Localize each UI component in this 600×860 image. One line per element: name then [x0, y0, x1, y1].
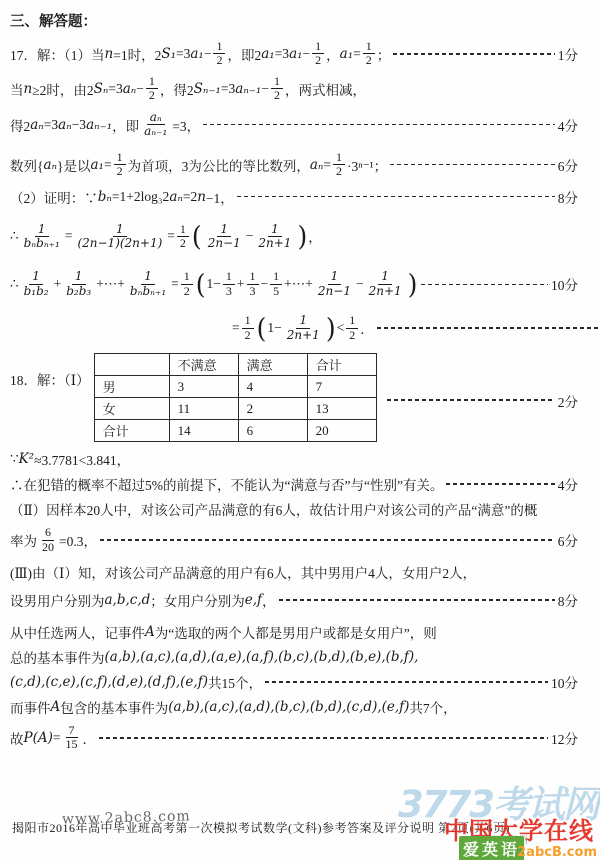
table-header-cell: 合计 — [307, 354, 376, 376]
text-segment: ·3ⁿ⁻¹； — [347, 155, 387, 175]
fraction-denominator: 2n+1 — [255, 237, 294, 250]
math-segment: bₙ — [98, 189, 112, 205]
text-segment: 共7个， — [409, 697, 456, 717]
fraction-numerator: 1 — [141, 270, 155, 284]
math-fraction: 620 — [39, 526, 57, 554]
math-fraction: 12 — [213, 40, 225, 68]
big-parenthesis: ) — [297, 223, 307, 250]
text-segment: ． — [360, 318, 374, 338]
math-segment: K² — [19, 451, 35, 467]
text-segment: ≥2时，由2 — [32, 79, 93, 99]
fraction-denominator: b₁b₂ — [21, 285, 52, 298]
text-segment: = — [53, 730, 61, 746]
fraction-denominator: (2n−1)(2n+1) — [74, 237, 165, 250]
fraction-denominator: bₙbₙ₊₁ — [21, 237, 63, 250]
line-18-10: (c,d),(c,e),(c,f),(d,e),(d,f),(e,f)共15个，… — [10, 671, 578, 693]
fraction-numerator: 1 — [378, 270, 392, 284]
math-segment: a₁ — [91, 157, 104, 173]
math-fraction: 12 — [146, 75, 158, 103]
fraction-numerator: 6 — [42, 526, 54, 540]
fraction-denominator: 2n+1 — [284, 329, 323, 342]
text-segment: 8分 — [558, 187, 578, 207]
math-fraction: 715 — [63, 724, 81, 752]
text-segment: − — [246, 228, 254, 244]
fraction-numerator: 1 — [312, 40, 324, 54]
math-segment: A — [51, 699, 61, 715]
text-segment: = — [232, 320, 240, 336]
text-segment: 1分 — [558, 44, 578, 64]
fraction-numerator: 1 — [29, 270, 43, 284]
math-fraction: 12 — [242, 314, 254, 342]
text-segment: ，得2 — [160, 79, 194, 99]
text-segment: = — [171, 276, 179, 292]
table-row: 合计14620 — [94, 420, 376, 442]
text-segment: 6分 — [558, 155, 578, 175]
fraction-numerator: 1 — [177, 223, 189, 237]
math-fraction: 12n−1 — [315, 270, 354, 298]
fraction-numerator: 1 — [242, 314, 254, 328]
text-segment: =1+2log₃2 — [112, 189, 169, 205]
math-fraction: 1(2n−1)(2n+1) — [74, 223, 165, 251]
line-18-3: ∴在犯错的概率不超过5%的前提下，不能认为“满意与否”与“性别”有关。4分 — [10, 473, 578, 495]
line-17-1: 17．解：（1）当n=1时，2S₁=3a₁−12，即2a₁=3a₁−12，a₁=… — [10, 39, 578, 69]
text-segment: (Ⅲ)由（Ⅰ）知，对该公司产品满意的用户有6人，其中男用户4人，女用户2人， — [10, 562, 476, 582]
text-segment: 率为 — [10, 530, 37, 550]
fraction-denominator: bₙbₙ₊₁ — [127, 285, 169, 298]
text-segment: 为“选取的两个人都是男用户或都是女用户”，则 — [155, 622, 437, 642]
table-cell: 13 — [307, 398, 376, 420]
score-dash-leader — [390, 164, 555, 166]
table-cell: 14 — [169, 420, 238, 442]
text-segment: 4分 — [558, 474, 578, 494]
text-segment: 共15个， — [208, 672, 262, 692]
line-17-4: 数列{aₙ}是以a₁=12为首项，3为公比的等比数列，aₙ=12·3ⁿ⁻¹；6分 — [10, 150, 578, 180]
score-label: 2分 — [558, 391, 578, 411]
table-cell: 合计 — [94, 420, 169, 442]
text-segment: =3 — [44, 117, 58, 133]
math-segment: a₁ — [340, 46, 353, 62]
score-dash-leader — [377, 327, 600, 329]
watermark-www-2abc8: www.2abc8.com — [62, 808, 191, 827]
text-segment: 当 — [10, 79, 24, 99]
text-segment: （Ⅱ）因样本20人中，对该公司产品满意的有6人，故估计用户对该公司的产品“满意”… — [10, 499, 537, 519]
text-segment: =3 — [176, 46, 190, 62]
text-segment: +⋯+ — [96, 276, 125, 292]
text-segment: =3 — [275, 46, 289, 62]
math-segment: A — [145, 624, 155, 640]
score-dash-leader — [237, 196, 555, 198]
table-row: 女11213 — [94, 398, 376, 420]
text-segment: − — [303, 46, 311, 62]
fraction-denominator: 2 — [181, 285, 193, 298]
math-fraction: 12 — [114, 151, 126, 179]
math-segment: n — [105, 46, 114, 62]
table-header-cell — [94, 354, 169, 376]
text-segment: 8分 — [558, 590, 578, 610]
text-segment: （2）证明：∵ — [10, 187, 98, 207]
fraction-numerator: 1 — [114, 151, 126, 165]
math-segment: (a,b),(a,c),(a,d),(a,e),(a,f),(b,c),(b,d… — [105, 649, 419, 665]
math-segment: aₙ₋₁ — [86, 117, 112, 133]
table-cell: 4 — [238, 376, 307, 398]
big-parenthesis: ) — [408, 271, 418, 298]
math-segment: P(A) — [24, 730, 53, 746]
text-segment: = — [323, 157, 331, 173]
big-parenthesis: ( — [257, 315, 267, 342]
math-segment: aₙ₋₁ — [235, 81, 261, 97]
problem18-label: 18．解：（Ⅰ） — [10, 369, 90, 389]
text-segment: ， — [326, 44, 340, 64]
math-fraction: 12 — [181, 270, 193, 298]
score-dash-leader — [421, 284, 548, 286]
text-segment: − — [204, 46, 212, 62]
fraction-numerator: 7 — [66, 724, 78, 738]
score-dash-leader — [446, 483, 554, 485]
line-18-9: 总的基本事件为(a,b),(a,c),(a,d),(a,e),(a,f),(b,… — [10, 646, 578, 668]
math-segment: Sₙ₋₁ — [194, 81, 221, 97]
fraction-denominator: 2n−1 — [315, 285, 354, 298]
math-fraction: 12 — [177, 223, 189, 251]
problem18-table-block: 18．解：（Ⅰ）不满意满意合计男347女11213合计146202分 — [10, 353, 578, 442]
math-segment: aₙ — [43, 157, 57, 173]
math-fraction: 1bₙbₙ₊₁ — [127, 270, 169, 298]
table-cell: 女 — [94, 398, 169, 420]
math-fraction: 1b₂b₃ — [63, 270, 94, 298]
math-fraction: aₙaₙ₋₁ — [141, 111, 170, 139]
fraction-denominator: 2 — [114, 165, 126, 178]
fraction-denominator: aₙ₋₁ — [141, 125, 170, 138]
fraction-numerator: 1 — [113, 223, 127, 237]
text-segment: = — [167, 228, 175, 244]
text-segment: 包含的基本事件为 — [60, 697, 168, 717]
fraction-denominator: 2 — [312, 54, 324, 67]
text-segment: 数列{ — [10, 155, 43, 175]
math-fraction: 1b₁b₂ — [21, 270, 52, 298]
fraction-denominator: 2 — [213, 54, 225, 67]
table-header-cell: 不满意 — [169, 354, 238, 376]
math-segment: aₙ — [310, 157, 324, 173]
fraction-numerator: 1 — [72, 270, 86, 284]
math-segment: aₙ — [123, 81, 137, 97]
fraction-denominator: 2 — [242, 329, 254, 342]
line-18-12: 故P(A)=715．12分 — [10, 723, 578, 753]
score-dash-leader — [99, 737, 548, 739]
text-segment: ∴ — [10, 228, 19, 244]
text-segment: 6分 — [558, 530, 578, 550]
text-segment: 10分 — [551, 672, 578, 692]
fraction-numerator: 1 — [268, 223, 282, 237]
text-segment: 为首项，3为公比的等比数列， — [128, 155, 310, 175]
text-segment: 得2 — [10, 115, 30, 135]
table-header-cell: 满意 — [238, 354, 307, 376]
math-fraction: 12 — [312, 40, 324, 68]
text-segment: = — [353, 46, 361, 62]
big-parenthesis: ( — [192, 223, 202, 250]
text-segment: −1， — [206, 187, 234, 207]
math-fraction: 1bₙbₙ₊₁ — [21, 223, 63, 251]
line-17-2: 当n≥2时，由2Sₙ=3aₙ−12，得2Sₙ₋₁=3aₙ₋₁−12，两式相减， — [10, 74, 578, 104]
fraction-numerator: 1 — [328, 270, 342, 284]
fraction-denominator: 15 — [63, 738, 81, 751]
math-fraction: 13 — [247, 270, 259, 298]
fraction-denominator: 2 — [363, 54, 375, 67]
math-segment: (a,b),(a,c),(a,d),(b,c),(b,d),(c,d),(e,f… — [168, 699, 409, 715]
text-segment: =2 — [183, 189, 197, 205]
fraction-numerator: 1 — [296, 314, 310, 328]
text-segment: 12分 — [551, 728, 578, 748]
math-fraction: 12 — [346, 314, 358, 342]
text-segment: 故 — [10, 728, 24, 748]
fraction-denominator: 2n−1 — [205, 237, 244, 250]
text-segment: =1时，2 — [113, 44, 161, 64]
line-17-5: （2）证明：∵bₙ=1+2log₃2aₙ=2n−1，8分 — [10, 186, 578, 208]
fraction-denominator: 3 — [223, 285, 235, 298]
math-fraction: 12n+1 — [284, 314, 323, 342]
text-segment: 设男用户分别为 — [10, 590, 105, 610]
text-segment: 10分 — [551, 274, 578, 294]
document-page: 三、解答题： 17．解：（1）当n=1时，2S₁=3a₁−12，即2a₁=3a₁… — [0, 0, 600, 860]
watermark-2abcb-domain: 2abcB.com — [517, 845, 597, 860]
math-fraction: 15 — [270, 270, 282, 298]
text-segment: − — [356, 276, 364, 292]
line-18-8: 从中任选两人，记事件A为“选取的两个人都是男用户或都是女用户”，则 — [10, 621, 578, 643]
text-segment: 17．解：（1）当 — [10, 44, 105, 64]
big-parenthesis: ( — [196, 271, 206, 298]
text-segment: ；女用户分别为 — [150, 590, 245, 610]
text-segment: 而事件 — [10, 697, 51, 717]
math-segment: a₁ — [261, 46, 274, 62]
watermark-love-english-logo: 爱英语 — [459, 836, 524, 860]
text-segment: ； — [377, 44, 391, 64]
text-segment: ∴在犯错的概率不超过5%的前提下，不能认为“满意与否”与“性别”有关。 — [10, 474, 443, 494]
fraction-numerator: 1 — [213, 40, 225, 54]
fraction-denominator: 2 — [146, 89, 158, 102]
math-fraction: 12n+1 — [255, 223, 294, 251]
line-17-3: 得2aₙ=3aₙ−3aₙ₋₁，即aₙaₙ₋₁=3，4分 — [10, 110, 578, 140]
line-18-2: ∵K²≈3.7781<3.841， — [10, 448, 578, 470]
math-fraction: 13 — [223, 270, 235, 298]
fraction-numerator: 1 — [363, 40, 375, 54]
big-parenthesis: ) — [326, 315, 336, 342]
satisfaction-contingency-table: 不满意满意合计男347女11213合计14620 — [94, 353, 377, 442]
text-segment: 1− — [207, 276, 221, 292]
math-segment: a,b,c,d — [105, 592, 151, 608]
line-17-6: ∴1bₙbₙ₊₁=1(2n−1)(2n+1)=12(12n−1−12n+1)， — [10, 222, 578, 252]
text-segment: 总的基本事件为 — [10, 647, 105, 667]
fraction-denominator: b₂b₃ — [63, 285, 94, 298]
text-segment: ∴ — [10, 276, 19, 292]
line-18-4: （Ⅱ）因样本20人中，对该公司产品满意的有6人，故估计用户对该公司的产品“满意”… — [10, 498, 578, 520]
text-segment: ∵ — [10, 451, 19, 467]
table-cell: 20 — [307, 420, 376, 442]
math-segment: a₁ — [289, 46, 302, 62]
line-18-11: 而事件A包含的基本事件为(a,b),(a,c),(a,d),(b,c),(b,d… — [10, 696, 578, 718]
text-segment: 1− — [267, 320, 281, 336]
math-segment: aₙ — [58, 117, 72, 133]
fraction-denominator: 2 — [177, 237, 189, 250]
solution-lines: 17．解：（1）当n=1时，2S₁=3a₁−12，即2a₁=3a₁−12，a₁=… — [10, 39, 578, 753]
fraction-numerator: 1 — [223, 270, 235, 284]
text-segment: 4分 — [558, 115, 578, 135]
text-segment: ，即 — [112, 115, 139, 135]
text-segment: =0.3， — [59, 530, 97, 550]
math-segment: n — [24, 81, 33, 97]
text-segment: < — [337, 320, 345, 336]
text-segment: = — [104, 157, 112, 173]
table-row: 男347 — [94, 376, 376, 398]
text-segment: = — [65, 228, 73, 244]
math-segment: n — [197, 189, 206, 205]
fraction-numerator: 1 — [333, 151, 345, 165]
fraction-numerator: 1 — [247, 270, 259, 284]
math-fraction: 12 — [271, 75, 283, 103]
math-fraction: 12n−1 — [205, 223, 244, 251]
fraction-numerator: 1 — [270, 270, 282, 284]
text-segment: =3 — [221, 81, 235, 97]
fraction-denominator: 2n+1 — [366, 285, 405, 298]
line-17-8: =12(1−12n+1)<12．12分 — [10, 313, 600, 343]
score-dash-leader — [265, 681, 548, 683]
fraction-denominator: 3 — [247, 285, 259, 298]
text-segment: + — [237, 276, 245, 292]
table-cell: 男 — [94, 376, 169, 398]
math-segment: Sₙ — [94, 81, 109, 97]
text-segment: − — [136, 81, 144, 97]
score-dash-leader — [279, 599, 555, 601]
text-segment: =3 — [108, 81, 122, 97]
score-dash-leader — [203, 124, 555, 126]
fraction-denominator: 5 — [270, 285, 282, 298]
fraction-denominator: 2 — [333, 165, 345, 178]
math-segment: aₙ — [30, 117, 44, 133]
fraction-numerator: 1 — [181, 270, 193, 284]
text-segment: +⋯+ — [284, 276, 313, 292]
math-segment: aₙ — [169, 189, 183, 205]
table-cell: 2 — [238, 398, 307, 420]
answers-content: 三、解答题： 17．解：（1）当n=1时，2S₁=3a₁−12，即2a₁=3a₁… — [10, 8, 578, 758]
fraction-numerator: 1 — [146, 75, 158, 89]
score-dash-leader — [100, 539, 555, 541]
text-segment: ，即2 — [227, 44, 261, 64]
math-segment: (c,d),(c,e),(c,f),(d,e),(d,f),(e,f) — [10, 674, 208, 690]
text-segment: ≈3.7781<3.841， — [34, 449, 130, 469]
table-cell: 11 — [169, 398, 238, 420]
text-segment: − — [261, 276, 269, 292]
line-17-7: ∴1b₁b₂+1b₂b₃+⋯+1bₙbₙ₊₁=12(1−13+13−15+⋯+1… — [10, 269, 578, 299]
text-segment: + — [54, 276, 62, 292]
fraction-numerator: 1 — [271, 75, 283, 89]
score-dash-leader — [393, 53, 555, 55]
table-cell: 3 — [169, 376, 238, 398]
fraction-denominator: 2 — [271, 89, 283, 102]
line-18-5: 率为620=0.3，6分 — [10, 525, 578, 555]
text-segment: −3 — [72, 117, 86, 133]
text-segment: }是以 — [57, 155, 90, 175]
fraction-numerator: aₙ — [147, 111, 165, 125]
table-cell: 7 — [307, 376, 376, 398]
text-segment: ， — [308, 226, 322, 246]
table-header-row: 不满意满意合计 — [94, 354, 376, 376]
fraction-numerator: 1 — [346, 314, 358, 328]
fraction-denominator: 2 — [346, 329, 358, 342]
text-segment: 从中任选两人，记事件 — [10, 622, 145, 642]
text-segment: ． — [83, 728, 97, 748]
fraction-denominator: 20 — [39, 541, 57, 554]
math-segment: S₁ — [161, 46, 176, 62]
math-segment: a₁ — [190, 46, 203, 62]
math-fraction: 12 — [363, 40, 375, 68]
fraction-numerator: 1 — [35, 223, 49, 237]
table-cell: 6 — [238, 420, 307, 442]
text-segment: =3， — [172, 115, 200, 135]
line-18-7: 设男用户分别为a,b,c,d；女用户分别为e,f，8分 — [10, 589, 578, 611]
math-fraction: 12n+1 — [366, 270, 405, 298]
text-segment: ， — [262, 590, 276, 610]
text-segment: ，两式相减， — [285, 79, 366, 99]
math-fraction: 12 — [333, 151, 345, 179]
math-segment: e,f — [245, 592, 262, 608]
score-dash-leader — [387, 399, 555, 401]
fraction-numerator: 1 — [217, 223, 231, 237]
line-18-6: (Ⅲ)由（Ⅰ）知，对该公司产品满意的用户有6人，其中男用户4人，女用户2人， — [10, 561, 578, 583]
section-heading: 三、解答题： — [10, 10, 578, 31]
text-segment: − — [261, 81, 269, 97]
